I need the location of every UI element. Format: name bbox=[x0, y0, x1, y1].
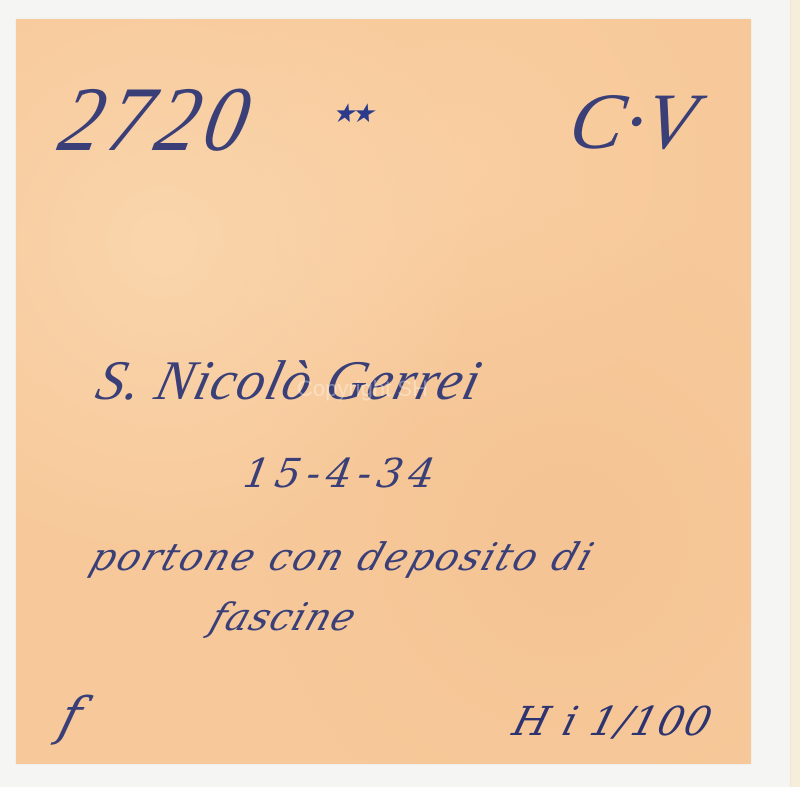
description-line-1: portone con deposito di bbox=[85, 535, 601, 579]
adjacent-card-edge bbox=[790, 0, 800, 787]
corner-mark: f bbox=[53, 687, 89, 747]
date: 15-4-34 bbox=[240, 451, 444, 497]
catalog-number: 2720 bbox=[51, 66, 266, 173]
description-line-2: fascine bbox=[205, 595, 363, 639]
copyright-watermark: Copyright SH bbox=[297, 376, 428, 402]
place-name: S. Nicolò Gerrei bbox=[90, 349, 489, 413]
collection-code: C·V bbox=[563, 77, 704, 168]
star-marks-icon: ★★ bbox=[332, 99, 371, 129]
scale-note: H i 1/100 bbox=[508, 699, 718, 745]
